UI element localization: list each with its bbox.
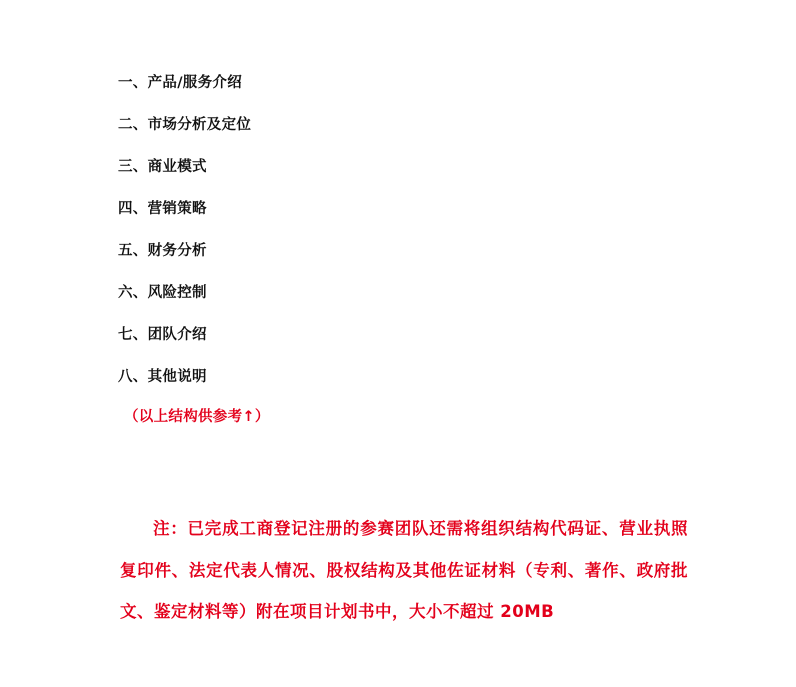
- outline-index: 五、: [118, 240, 148, 262]
- section-outline: 一、产品/服务介绍 二、市场分析及定位 三、商业模式 四、营销策略 五、财务分析…: [118, 72, 251, 408]
- outline-label: 商业模式: [148, 159, 207, 175]
- outline-index: 四、: [118, 198, 148, 220]
- reference-note: （以上结构供参考↑）: [124, 406, 270, 428]
- document-page: 一、产品/服务介绍 二、市场分析及定位 三、商业模式 四、营销策略 五、财务分析…: [0, 0, 796, 687]
- outline-label: 营销策略: [148, 201, 207, 217]
- outline-label: 财务分析: [148, 243, 207, 259]
- outline-index: 六、: [118, 282, 148, 304]
- outline-item-product-service: 一、产品/服务介绍: [118, 72, 251, 114]
- outline-item-business-model: 三、商业模式: [118, 156, 251, 198]
- outline-item-financial-analysis: 五、财务分析: [118, 240, 251, 282]
- outline-item-marketing-strategy: 四、营销策略: [118, 198, 251, 240]
- outline-index: 三、: [118, 156, 148, 178]
- outline-label: 其他说明: [148, 369, 207, 385]
- outline-item-other-notes: 八、其他说明: [118, 366, 251, 408]
- outline-item-risk-control: 六、风险控制: [118, 282, 251, 324]
- outline-label: 团队介绍: [148, 327, 207, 343]
- outline-index: 二、: [118, 114, 148, 136]
- outline-item-team-intro: 七、团队介绍: [118, 324, 251, 366]
- outline-index: 一、: [118, 72, 148, 94]
- outline-index: 八、: [118, 366, 148, 388]
- outline-index: 七、: [118, 324, 148, 346]
- outline-item-market-analysis: 二、市场分析及定位: [118, 114, 251, 156]
- outline-label: 产品/服务介绍: [148, 75, 242, 91]
- outline-label: 风险控制: [148, 285, 207, 301]
- outline-label: 市场分析及定位: [148, 117, 252, 133]
- registration-notice: 注：已完成工商登记注册的参赛团队还需将组织结构代码证、营业执照复印件、法定代表人…: [120, 508, 688, 633]
